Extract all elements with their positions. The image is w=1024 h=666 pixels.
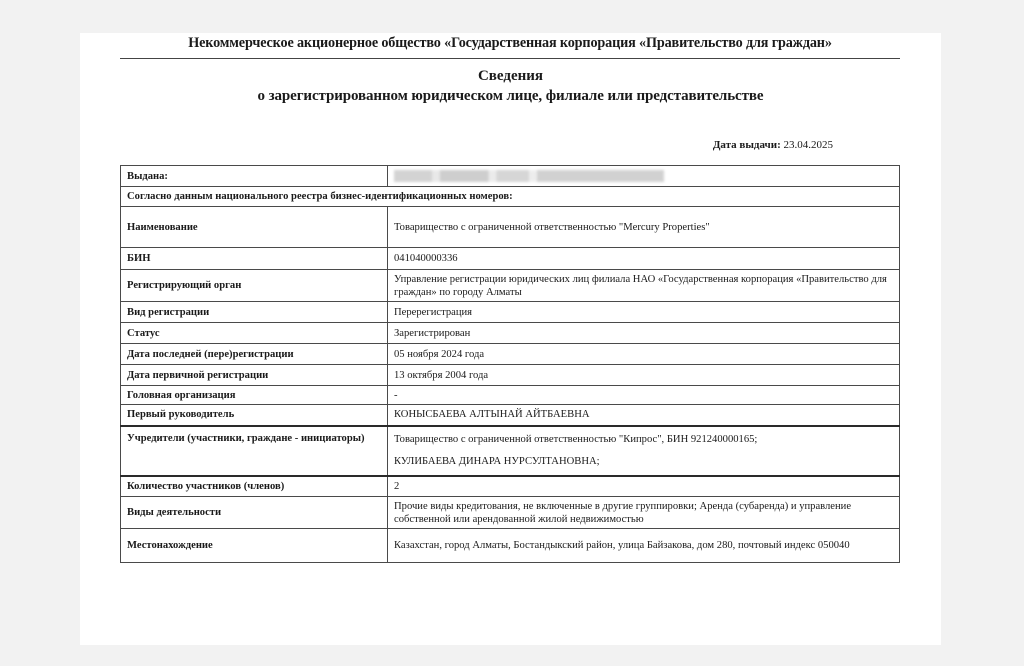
row-value: Управление регистрации юридических лиц ф…: [388, 270, 900, 302]
table-row: Местонахождение Казахстан, город Алматы,…: [121, 529, 900, 563]
founders-label: Учредители (участники, граждане - инициа…: [121, 426, 388, 476]
row-value: Перерегистрация: [388, 302, 900, 323]
table-row: Дата последней (пере)регистрации 05 нояб…: [121, 344, 900, 365]
row-label: БИН: [121, 248, 388, 270]
table-row-registry-note: Согласно данным национального реестра би…: [121, 187, 900, 207]
organization-header: Некоммерческое акционерное общество «Гос…: [120, 35, 900, 52]
row-value: 2: [388, 476, 900, 497]
table-row: Статус Зарегистрирован: [121, 323, 900, 344]
table-row: Виды деятельности Прочие виды кредитован…: [121, 497, 900, 529]
issue-date-label: Дата выдачи:: [713, 139, 781, 151]
row-label: Вид регистрации: [121, 302, 388, 323]
row-label: Статус: [121, 323, 388, 344]
issue-date: Дата выдачи: 23.04.2025: [713, 139, 833, 151]
table-row: Регистрирующий орган Управление регистра…: [121, 270, 900, 302]
row-label: Дата последней (пере)регистрации: [121, 344, 388, 365]
row-value: 13 октября 2004 года: [388, 365, 900, 386]
row-value: Прочие виды кредитования, не включенные …: [388, 497, 900, 529]
row-label: Количество участников (членов): [121, 476, 388, 497]
row-label: Виды деятельности: [121, 497, 388, 529]
registration-table: Выдана: Согласно данным национального ре…: [120, 165, 900, 563]
table-row-founders: Учредители (участники, граждане - инициа…: [121, 426, 900, 476]
issued-to-value: [388, 166, 900, 187]
row-value: Казахстан, город Алматы, Бостандыкский р…: [388, 529, 900, 563]
row-label: Первый руководитель: [121, 405, 388, 426]
document-subtitle: о зарегистрированном юридическом лице, ф…: [80, 88, 941, 105]
document-title: Сведения: [80, 68, 941, 85]
table-row: Первый руководитель КОНЫСБАЕВА АЛТЫНАЙ А…: [121, 405, 900, 426]
row-value: Зарегистрирован: [388, 323, 900, 344]
row-value: Товарищество с ограниченной ответственно…: [388, 207, 900, 248]
issue-date-value: 23.04.2025: [784, 139, 834, 151]
table-row: БИН 041040000336: [121, 248, 900, 270]
document-page: Некоммерческое акционерное общество «Гос…: [80, 33, 941, 645]
row-label: Местонахождение: [121, 529, 388, 563]
founders-values: Товарищество с ограниченной ответственно…: [388, 426, 900, 476]
table-row: Вид регистрации Перерегистрация: [121, 302, 900, 323]
table-row: Головная организация -: [121, 386, 900, 405]
table-row: Наименование Товарищество с ограниченной…: [121, 207, 900, 248]
row-value: 05 ноября 2024 года: [388, 344, 900, 365]
row-value: КОНЫСБАЕВА АЛТЫНАЙ АЙТБАЕВНА: [388, 405, 900, 426]
registry-note: Согласно данным национального реестра би…: [121, 187, 900, 207]
row-label: Регистрирующий орган: [121, 270, 388, 302]
redacted-text: [394, 170, 664, 182]
table-row: Дата первичной регистрации 13 октября 20…: [121, 365, 900, 386]
row-label: Головная организация: [121, 386, 388, 405]
issued-to-label: Выдана:: [121, 166, 388, 187]
founder-entry: Товарищество с ограниченной ответственно…: [394, 433, 893, 446]
row-label: Наименование: [121, 207, 388, 248]
header-divider: [120, 58, 900, 59]
row-value: -: [388, 386, 900, 405]
table-row: Количество участников (членов) 2: [121, 476, 900, 497]
row-label: Дата первичной регистрации: [121, 365, 388, 386]
founder-entry: КУЛИБАЕВА ДИНАРА НУРСУЛТАНОВНА;: [394, 455, 893, 468]
row-value: 041040000336: [388, 248, 900, 270]
table-row-issued-to: Выдана:: [121, 166, 900, 187]
